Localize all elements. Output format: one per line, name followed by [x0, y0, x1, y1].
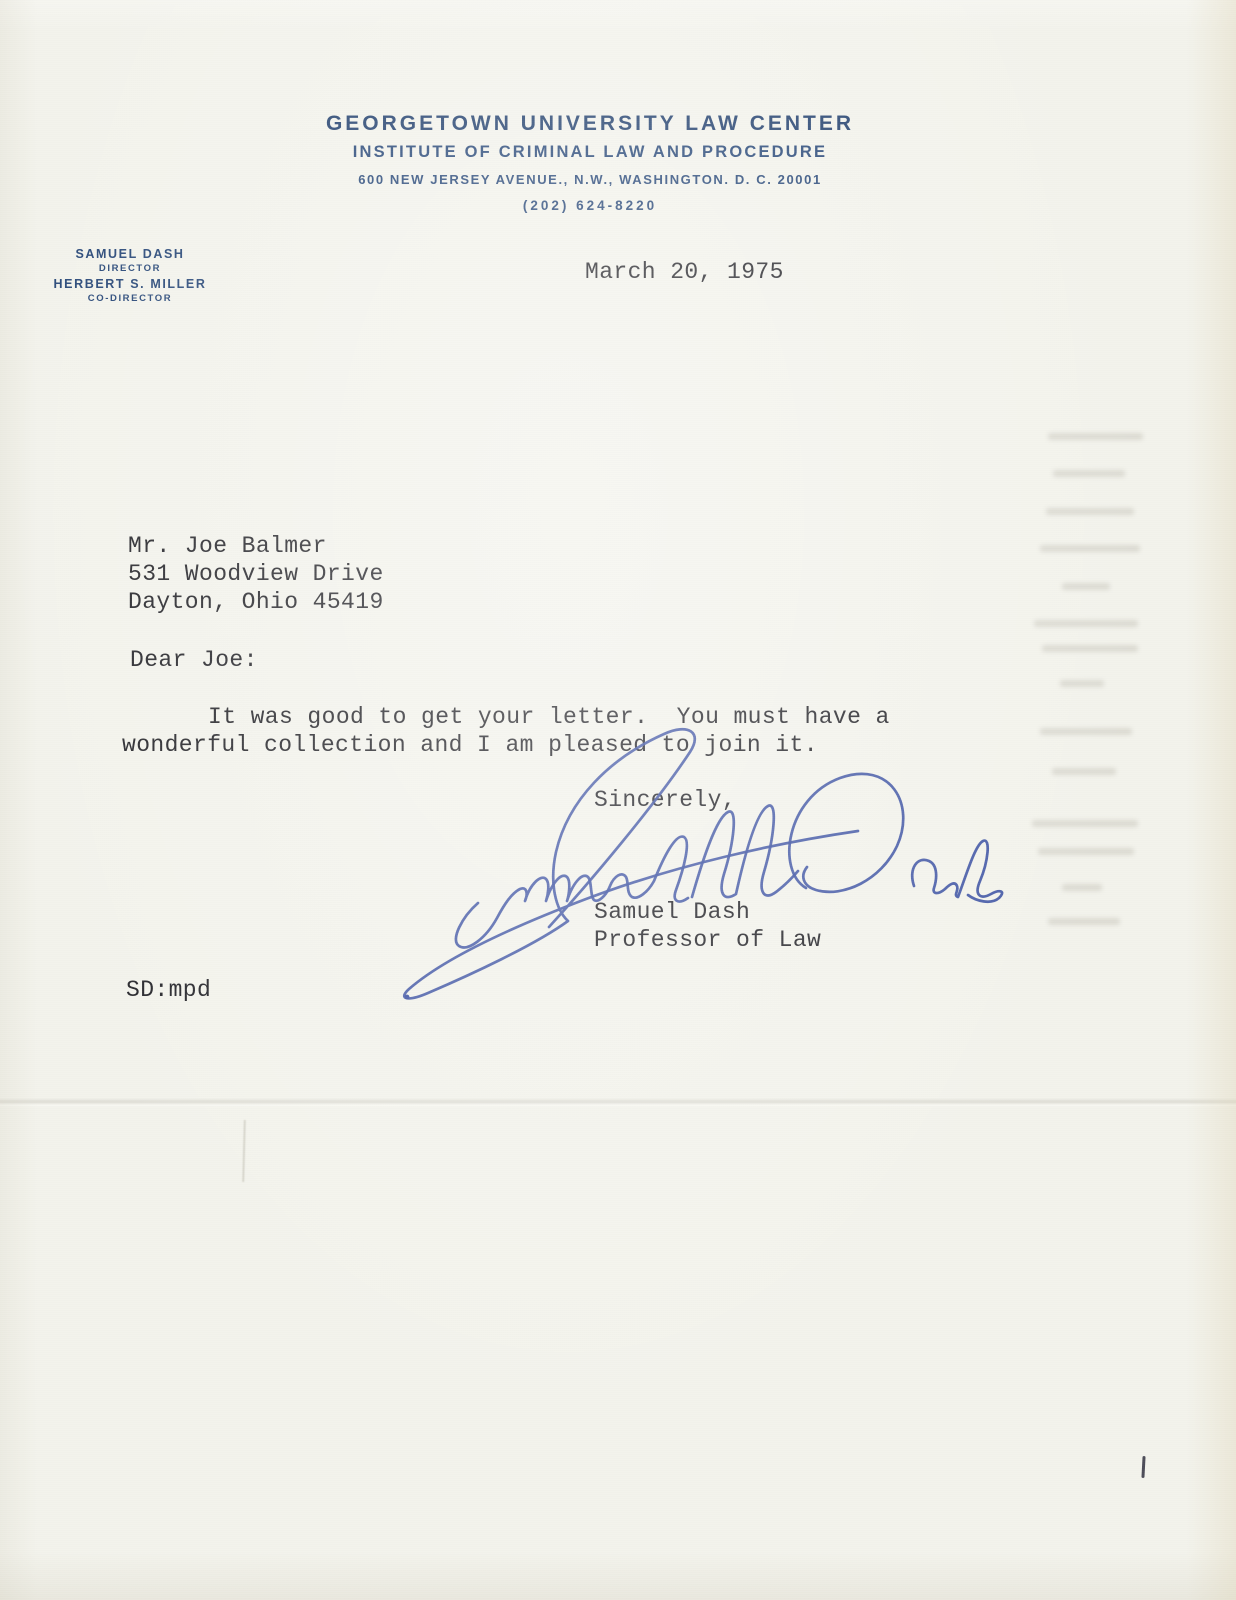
small-crease: [242, 1120, 246, 1182]
signer-name: Samuel Dash: [594, 898, 750, 926]
signature-stroke: [912, 841, 1002, 902]
ghost-text-artifact: [1032, 820, 1138, 827]
ghost-text-artifact: [1052, 768, 1116, 775]
officer-name: SAMUEL DASH: [30, 246, 230, 262]
ghost-text-artifact: [1038, 848, 1134, 855]
stray-pen-mark: [1141, 1456, 1145, 1478]
letter-date: March 20, 1975: [585, 258, 784, 286]
letterhead-street-address: 600 NEW JERSEY AVENUE., N.W., WASHINGTON…: [0, 172, 1180, 187]
letterhead-phone: (202) 624-8220: [0, 198, 1180, 213]
signature-ink-dot: [405, 995, 410, 1000]
signature-stroke: [789, 774, 903, 892]
ghost-text-artifact: [1048, 433, 1143, 440]
ghost-text-artifact: [1048, 918, 1120, 925]
letterhead-org-name: GEORGETOWN UNIVERSITY LAW CENTER: [0, 112, 1180, 136]
closing: Sincerely,: [594, 786, 736, 814]
fold-crease: [0, 1098, 1236, 1107]
signature-stroke: [692, 806, 798, 898]
officer-title: CO-DIRECTOR: [30, 292, 230, 306]
signer-title: Professor of Law: [594, 926, 821, 954]
ghost-text-artifact: [1060, 680, 1104, 687]
ghost-text-artifact: [1053, 470, 1125, 477]
ghost-text-artifact: [1034, 620, 1138, 627]
recipient-street: 531 Woodview Drive: [128, 560, 384, 588]
signature-stroke: [404, 729, 858, 998]
typist-notation: SD:mpd: [126, 976, 211, 1004]
body-line: wonderful collection and I am pleased to…: [122, 731, 818, 759]
officer-title: DIRECTOR: [30, 262, 230, 276]
ghost-text-artifact: [1042, 645, 1138, 652]
recipient-name: Mr. Joe Balmer: [128, 532, 327, 560]
ghost-text-artifact: [1040, 728, 1132, 735]
ghost-text-artifact: [1040, 545, 1140, 552]
letterhead-officers: SAMUEL DASH DIRECTOR HERBERT S. MILLER C…: [30, 246, 230, 306]
body-line: It was good to get your letter. You must…: [208, 703, 890, 731]
ghost-text-artifact: [1046, 508, 1134, 515]
salutation: Dear Joe:: [130, 646, 258, 674]
ghost-text-artifact: [1062, 884, 1102, 891]
letterhead-institute: INSTITUTE OF CRIMINAL LAW AND PROCEDURE: [0, 143, 1180, 162]
recipient-city: Dayton, Ohio 45419: [128, 588, 384, 616]
officer-name: HERBERT S. MILLER: [30, 276, 230, 292]
scanned-letter-page: GEORGETOWN UNIVERSITY LAW CENTER INSTITU…: [0, 0, 1236, 1600]
ghost-text-artifact: [1062, 583, 1110, 590]
